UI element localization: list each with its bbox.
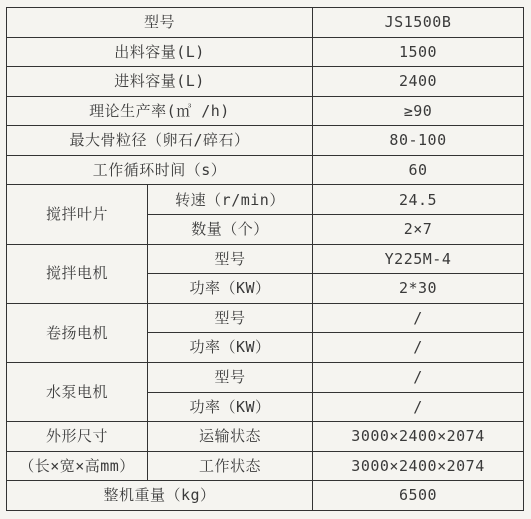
- spec-label-cell: 整机重量（kg）: [7, 481, 313, 511]
- spec-value-cell: /: [313, 392, 524, 422]
- table-row-max-aggregate-size: 最大骨粒径（卵石/碎石） 80-100: [7, 126, 524, 156]
- spec-group-cell: 卷扬电机: [7, 303, 148, 362]
- spec-value-cell: 3000×2400×2074: [313, 422, 524, 452]
- spec-group-cell: 搅拌电机: [7, 244, 148, 303]
- table-row-dimensions-working: （长×宽×高mm） 工作状态 3000×2400×2074: [7, 451, 524, 481]
- spec-label-cell: 最大骨粒径（卵石/碎石）: [7, 126, 313, 156]
- spec-value-cell: 2400: [313, 67, 524, 97]
- spec-sub-label-cell: 型号: [148, 244, 313, 274]
- table-row-model: 型号 JS1500B: [7, 8, 524, 38]
- table-row-blade-speed: 搅拌叶片 转速（r/min） 24.5: [7, 185, 524, 215]
- spec-label-cell: 出料容量(L): [7, 37, 313, 67]
- spec-label-cell: 型号: [7, 8, 313, 38]
- table-row-feed-capacity: 进料容量(L) 2400: [7, 67, 524, 97]
- spec-value-cell: /: [313, 303, 524, 333]
- spec-value-cell: ≥90: [313, 96, 524, 126]
- spec-table: 型号 JS1500B 出料容量(L) 1500 进料容量(L) 2400 理论生…: [6, 7, 524, 511]
- spec-sub-label-cell: 数量（个）: [148, 215, 313, 245]
- spec-value-cell: 80-100: [313, 126, 524, 156]
- spec-value-cell: 24.5: [313, 185, 524, 215]
- spec-value-cell: 1500: [313, 37, 524, 67]
- spec-label-cell: 理论生产率(㎥ /h): [7, 96, 313, 126]
- table-row-productivity: 理论生产率(㎥ /h) ≥90: [7, 96, 524, 126]
- spec-sub-label-cell: 工作状态: [148, 451, 313, 481]
- spec-value-cell: 2*30: [313, 274, 524, 304]
- spec-sub-label-cell: 功率（KW）: [148, 392, 313, 422]
- spec-group-cell: 水泵电机: [7, 362, 148, 421]
- spec-sub-label-cell: 运输状态: [148, 422, 313, 452]
- spec-label-cell: 外形尺寸: [7, 422, 148, 452]
- spec-value-cell: 3000×2400×2074: [313, 451, 524, 481]
- table-row-hoist-motor-model: 卷扬电机 型号 /: [7, 303, 524, 333]
- spec-sub-label-cell: 功率（KW）: [148, 274, 313, 304]
- spec-value-cell: Y225M-4: [313, 244, 524, 274]
- spec-sub-label-cell: 转速（r/min）: [148, 185, 313, 215]
- spec-sub-label-cell: 型号: [148, 303, 313, 333]
- spec-value-cell: JS1500B: [313, 8, 524, 38]
- spec-group-cell: 搅拌叶片: [7, 185, 148, 244]
- spec-label-cell: 进料容量(L): [7, 67, 313, 97]
- spec-sub-label-cell: 型号: [148, 362, 313, 392]
- spec-label-cell: （长×宽×高mm）: [7, 451, 148, 481]
- table-row-dimensions-transport: 外形尺寸 运输状态 3000×2400×2074: [7, 422, 524, 452]
- spec-value-cell: 2×7: [313, 215, 524, 245]
- table-row-mixing-motor-model: 搅拌电机 型号 Y225M-4: [7, 244, 524, 274]
- spec-value-cell: 60: [313, 155, 524, 185]
- spec-label-cell: 工作循环时间（s）: [7, 155, 313, 185]
- table-row-total-weight: 整机重量（kg） 6500: [7, 481, 524, 511]
- spec-sub-label-cell: 功率（KW）: [148, 333, 313, 363]
- spec-value-cell: /: [313, 362, 524, 392]
- spec-value-cell: 6500: [313, 481, 524, 511]
- table-row-cycle-time: 工作循环时间（s） 60: [7, 155, 524, 185]
- table-row-pump-motor-model: 水泵电机 型号 /: [7, 362, 524, 392]
- table-row-discharge-capacity: 出料容量(L) 1500: [7, 37, 524, 67]
- spec-value-cell: /: [313, 333, 524, 363]
